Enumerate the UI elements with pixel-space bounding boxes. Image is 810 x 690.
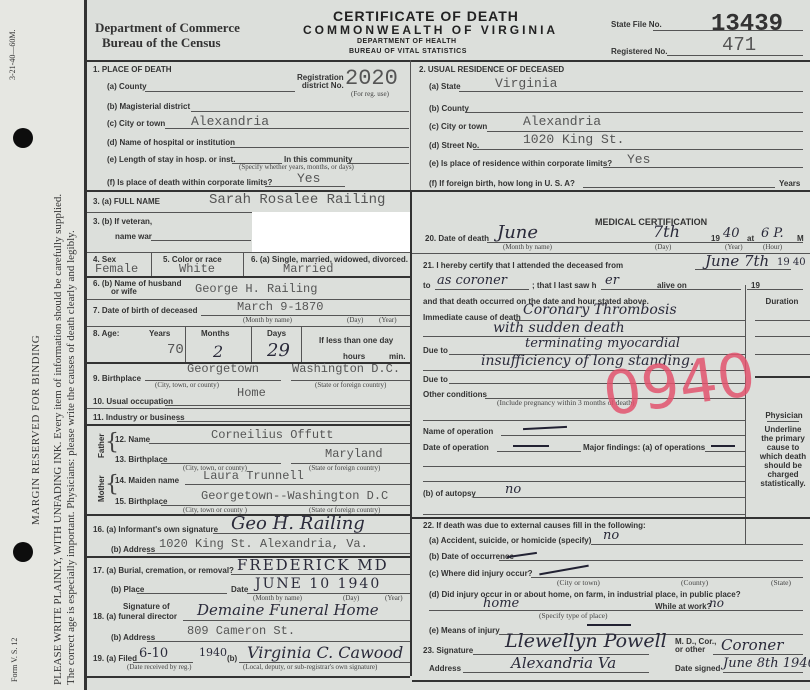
residence-heading: 2. USUAL RESIDENCE OF DECEASED xyxy=(419,65,564,74)
res-corporate-label: (e) Is place of residence within corpora… xyxy=(429,159,612,168)
father-name-label: 12. Name xyxy=(115,435,150,444)
city-label: (c) City or town xyxy=(107,119,165,128)
age-years-value: 70 xyxy=(167,342,184,358)
race-value: White xyxy=(179,262,215,276)
autopsy-value: no xyxy=(505,482,521,497)
age-months-label: Months xyxy=(201,329,229,338)
instructions-line-2: The correct age is especially important.… xyxy=(65,230,77,685)
res-corporate-value: Yes xyxy=(627,152,650,167)
death-corporate-value: Yes xyxy=(297,171,320,186)
physician-label: Physician xyxy=(755,411,810,420)
binding-note: MARGIN RESERVED FOR BINDING xyxy=(30,335,42,525)
filed-year: 1940 xyxy=(199,646,227,659)
accident-value: no xyxy=(603,528,619,543)
director-label-1: Signature of xyxy=(123,602,170,611)
last-saw-label: ; that I last saw h xyxy=(532,281,596,290)
last-saw-value: er xyxy=(605,273,619,288)
hospital-label: (d) Name of hospital or institution xyxy=(107,138,235,147)
operation-date-label: Date of operation xyxy=(423,443,489,452)
corporate-label: (f) Is place of death within corporate l… xyxy=(107,178,272,187)
director-signature: Demaine Funeral Home xyxy=(197,601,379,619)
birthplace-city: Georgetown xyxy=(187,362,259,376)
received-note: (Date received by reg.) xyxy=(127,663,192,671)
birthplace-state: Washington D.C. xyxy=(292,362,400,376)
operation-label: Name of operation xyxy=(423,427,493,436)
certify-year: 19 40 xyxy=(777,257,806,268)
director-address-value: 809 Cameron St. xyxy=(187,624,295,638)
where-label: (c) Where did injury occur? xyxy=(429,569,533,578)
findings-label: Major findings: (a) of operations xyxy=(583,443,705,452)
mother-name-label: 14. Maiden name xyxy=(115,476,179,485)
where-dash xyxy=(539,565,589,576)
magisterial-label: (b) Magisterial district xyxy=(107,102,190,111)
at-label: at xyxy=(747,234,754,243)
form-number: Form V. S. 12 xyxy=(10,638,19,682)
reg-district-label: Registrationdistrict No. xyxy=(297,74,344,90)
date-signed-label: Date signed xyxy=(675,664,720,673)
res-street-value: 1020 King St. xyxy=(523,132,624,147)
underline-note: Underline the primary cause to which dea… xyxy=(753,425,810,488)
veteran-label: 3. (b) If veteran, xyxy=(93,217,152,226)
where-city-note: (City or town) xyxy=(557,578,600,587)
burial-date-label: Date xyxy=(231,585,248,594)
death-month: June xyxy=(497,222,538,243)
res-county-label: (b) County xyxy=(429,104,469,113)
md-label: M. D., Cor.,or other xyxy=(675,638,716,654)
date-signed-value: June 8th 1940 xyxy=(723,656,810,671)
death-hour-note: (Hour) xyxy=(763,243,782,251)
death-year: 40 xyxy=(723,226,740,241)
registered-label: Registered No. xyxy=(611,47,667,56)
death-certificate-form: Department of Commerce Bureau of the Cen… xyxy=(84,0,810,690)
age-years-label: Years xyxy=(149,329,170,338)
min-label: min. xyxy=(389,352,405,361)
md-value: Coroner xyxy=(721,636,783,654)
mother-birth-label: 15. Birthplace xyxy=(115,497,167,506)
death-year-note: (Year) xyxy=(725,243,743,251)
hours-label: hours xyxy=(343,352,365,361)
mother-name-value: Laura Trunnell xyxy=(203,469,304,483)
director-label-2: 18. (a) funeral director xyxy=(93,612,177,621)
findings-dash xyxy=(711,445,735,447)
burial-date-value: JUNE 10 1940 xyxy=(255,576,381,592)
physician-signature: Llewellyn Powell xyxy=(505,630,667,652)
dob-year-note: (Year) xyxy=(379,316,397,324)
age-label: 8. Age: xyxy=(93,329,119,338)
age-days-label: Days xyxy=(267,329,286,338)
dob-label: 7. Date of birth of deceased xyxy=(93,306,197,315)
res-state-value: Virginia xyxy=(495,76,557,91)
informant-address-value: 1020 King St. Alexandria, Va. xyxy=(159,537,368,551)
registrar-prefix: (b) xyxy=(227,654,237,663)
signer-address-label: Address xyxy=(429,664,461,673)
due-to-label: Due to xyxy=(423,346,448,355)
war-label: name war xyxy=(115,232,152,241)
age-months-value: 2 xyxy=(213,342,223,361)
where-state-note: (State) xyxy=(771,578,791,587)
dob-value: March 9-1870 xyxy=(237,300,323,314)
death-city-value: Alexandria xyxy=(191,114,269,129)
punch-hole-top xyxy=(13,128,33,148)
form-print-code: 3-21-40—60M. xyxy=(8,30,17,80)
duration-label: Duration xyxy=(755,297,809,306)
occupation-label: 10. Usual occupation xyxy=(93,397,173,406)
spouse-label: 6. (b) Name of husbandor wife xyxy=(93,280,181,296)
full-name-label: 3. (a) FULL NAME xyxy=(93,197,160,206)
m-label: M xyxy=(797,234,804,243)
bureau-census: Bureau of the Census xyxy=(102,35,221,51)
full-name-value: Sarah Rosalee Railing xyxy=(209,192,385,208)
filed-date: 6-10 xyxy=(139,646,168,661)
industry-label: 11. Industry or business xyxy=(93,413,185,422)
punch-hole-bottom xyxy=(13,542,33,562)
to-value: as coroner xyxy=(437,273,507,288)
department-health: DEPARTMENT OF HEALTH xyxy=(357,38,457,45)
removal-value: FREDERICK MD xyxy=(237,556,389,574)
birthplace-label: 9. Birthplace xyxy=(93,374,141,383)
immediate-cause-value-1: Coronary Thrombosis xyxy=(523,302,677,318)
res-years-label: Years xyxy=(779,179,800,188)
certify-from: June 7th xyxy=(705,252,769,270)
father-birth-value: Maryland xyxy=(325,447,383,461)
commonwealth-title: COMMONWEALTH OF VIRGINIA xyxy=(303,23,558,37)
dept-commerce: Department of Commerce xyxy=(95,20,240,36)
death-month-note: (Month by name) xyxy=(503,243,552,251)
res-street-label: (d) Street No. xyxy=(429,141,479,150)
operation-date-dash xyxy=(513,445,549,447)
death-day-note: (Day) xyxy=(655,243,671,251)
means-label: (e) Means of injury xyxy=(429,626,500,635)
redacted-area xyxy=(252,212,412,252)
father-birth-label: 13. Birthplace xyxy=(115,455,167,464)
registrar-note: (Local, deputy, or sub-registrar's own s… xyxy=(243,663,377,671)
stay-label: (e) Length of stay in hosp. or inst. xyxy=(107,155,235,164)
due-to-value-1: terminating myocardial xyxy=(525,336,680,351)
father-state-note: (State or foreign country) xyxy=(309,464,380,472)
accident-label: (a) Accident, suicide, or homicide (spec… xyxy=(429,536,591,545)
signature-label: 23. Signature xyxy=(423,646,473,655)
father-name-value: Corneilius Offutt xyxy=(211,428,333,442)
work-label: While at work? xyxy=(655,602,711,611)
spouse-value: George H. Railing xyxy=(195,282,317,296)
death-date-label: 20. Date of death xyxy=(425,234,489,243)
res-city-value: Alexandria xyxy=(523,114,601,129)
age-days-value: 29 xyxy=(267,340,290,361)
informant-signature: Geo H. Railing xyxy=(231,513,365,534)
to-label: to xyxy=(423,281,431,290)
immediate-cause-value-2: with sudden death xyxy=(493,320,625,336)
dob-day-note: (Day) xyxy=(347,316,363,324)
burial-year-note: (Year) xyxy=(385,594,403,602)
means-dash xyxy=(587,624,631,626)
alive-label: alive on xyxy=(657,281,687,290)
certificate-title: CERTIFICATE OF DEATH xyxy=(333,8,519,24)
work-value: no xyxy=(709,596,724,610)
reg-use-note: (For reg. use) xyxy=(351,90,389,98)
marital-value: Married xyxy=(283,262,333,276)
death-day: 7th xyxy=(653,222,680,241)
death-year-prefix: 19 xyxy=(711,234,720,243)
less-day-label: If less than one day xyxy=(319,336,393,345)
specify-note: (Specify whether years, months, or days) xyxy=(239,163,354,171)
reg-district-number: 2020 xyxy=(345,66,398,91)
medical-heading: MEDICAL CERTIFICATION xyxy=(595,217,707,227)
specify-place-note: (Specify type of place) xyxy=(539,611,608,620)
occupation-value: Home xyxy=(237,386,266,400)
signer-address-value: Alexandria Va xyxy=(511,654,616,672)
bureau-vital-stats: BUREAU OF VITAL STATISTICS xyxy=(349,48,467,55)
other-conditions-label: Other conditions xyxy=(423,390,487,399)
registrar-signature: Virginia C. Cawood xyxy=(247,643,403,662)
due-to-2-label: Due to xyxy=(423,375,448,384)
removal-label: 17. (a) Burial, cremation, or removal? xyxy=(93,566,234,575)
county-label: (a) County xyxy=(107,82,147,91)
death-hour: 6 P. xyxy=(761,226,784,241)
operation-dash xyxy=(523,426,567,430)
res-foreign-label: (f) If foreign birth, how long in U. S. … xyxy=(429,179,575,188)
home-label: (d) Did injury occur in or about home, o… xyxy=(429,590,741,599)
instructions-line-1: PLEASE WRITE PLAINLY, WITH UNFADING INK.… xyxy=(52,194,64,685)
where-county-note: (County) xyxy=(681,578,708,587)
res-state-label: (a) State xyxy=(429,82,461,91)
birthplace-city-note: (City, town, or county) xyxy=(155,381,219,389)
binding-margin: 3-21-40—60M. Form V. S. 12 MARGIN RESERV… xyxy=(0,0,84,690)
place-of-death-heading: 1. PLACE OF DEATH xyxy=(93,65,172,74)
informant-sig-label: 16. (a) Informant's own signature xyxy=(93,525,218,534)
birthplace-state-note: (State or foreign country) xyxy=(315,381,386,389)
registered-number: 471 xyxy=(722,34,756,56)
res-city-label: (c) City or town xyxy=(429,122,487,131)
state-file-label: State File No. xyxy=(611,20,662,29)
autopsy-label: (b) of autopsy xyxy=(423,489,476,498)
home-value: home xyxy=(483,596,519,611)
dob-month-note: (Month by name) xyxy=(243,316,292,324)
mother-birth-value: Georgetown--Washington D.C xyxy=(201,489,388,503)
certify-label: 21. I hereby certify that I attended the… xyxy=(423,261,623,270)
sex-value: Female xyxy=(95,262,138,276)
filed-label: 19. (a) Filed xyxy=(93,654,137,663)
